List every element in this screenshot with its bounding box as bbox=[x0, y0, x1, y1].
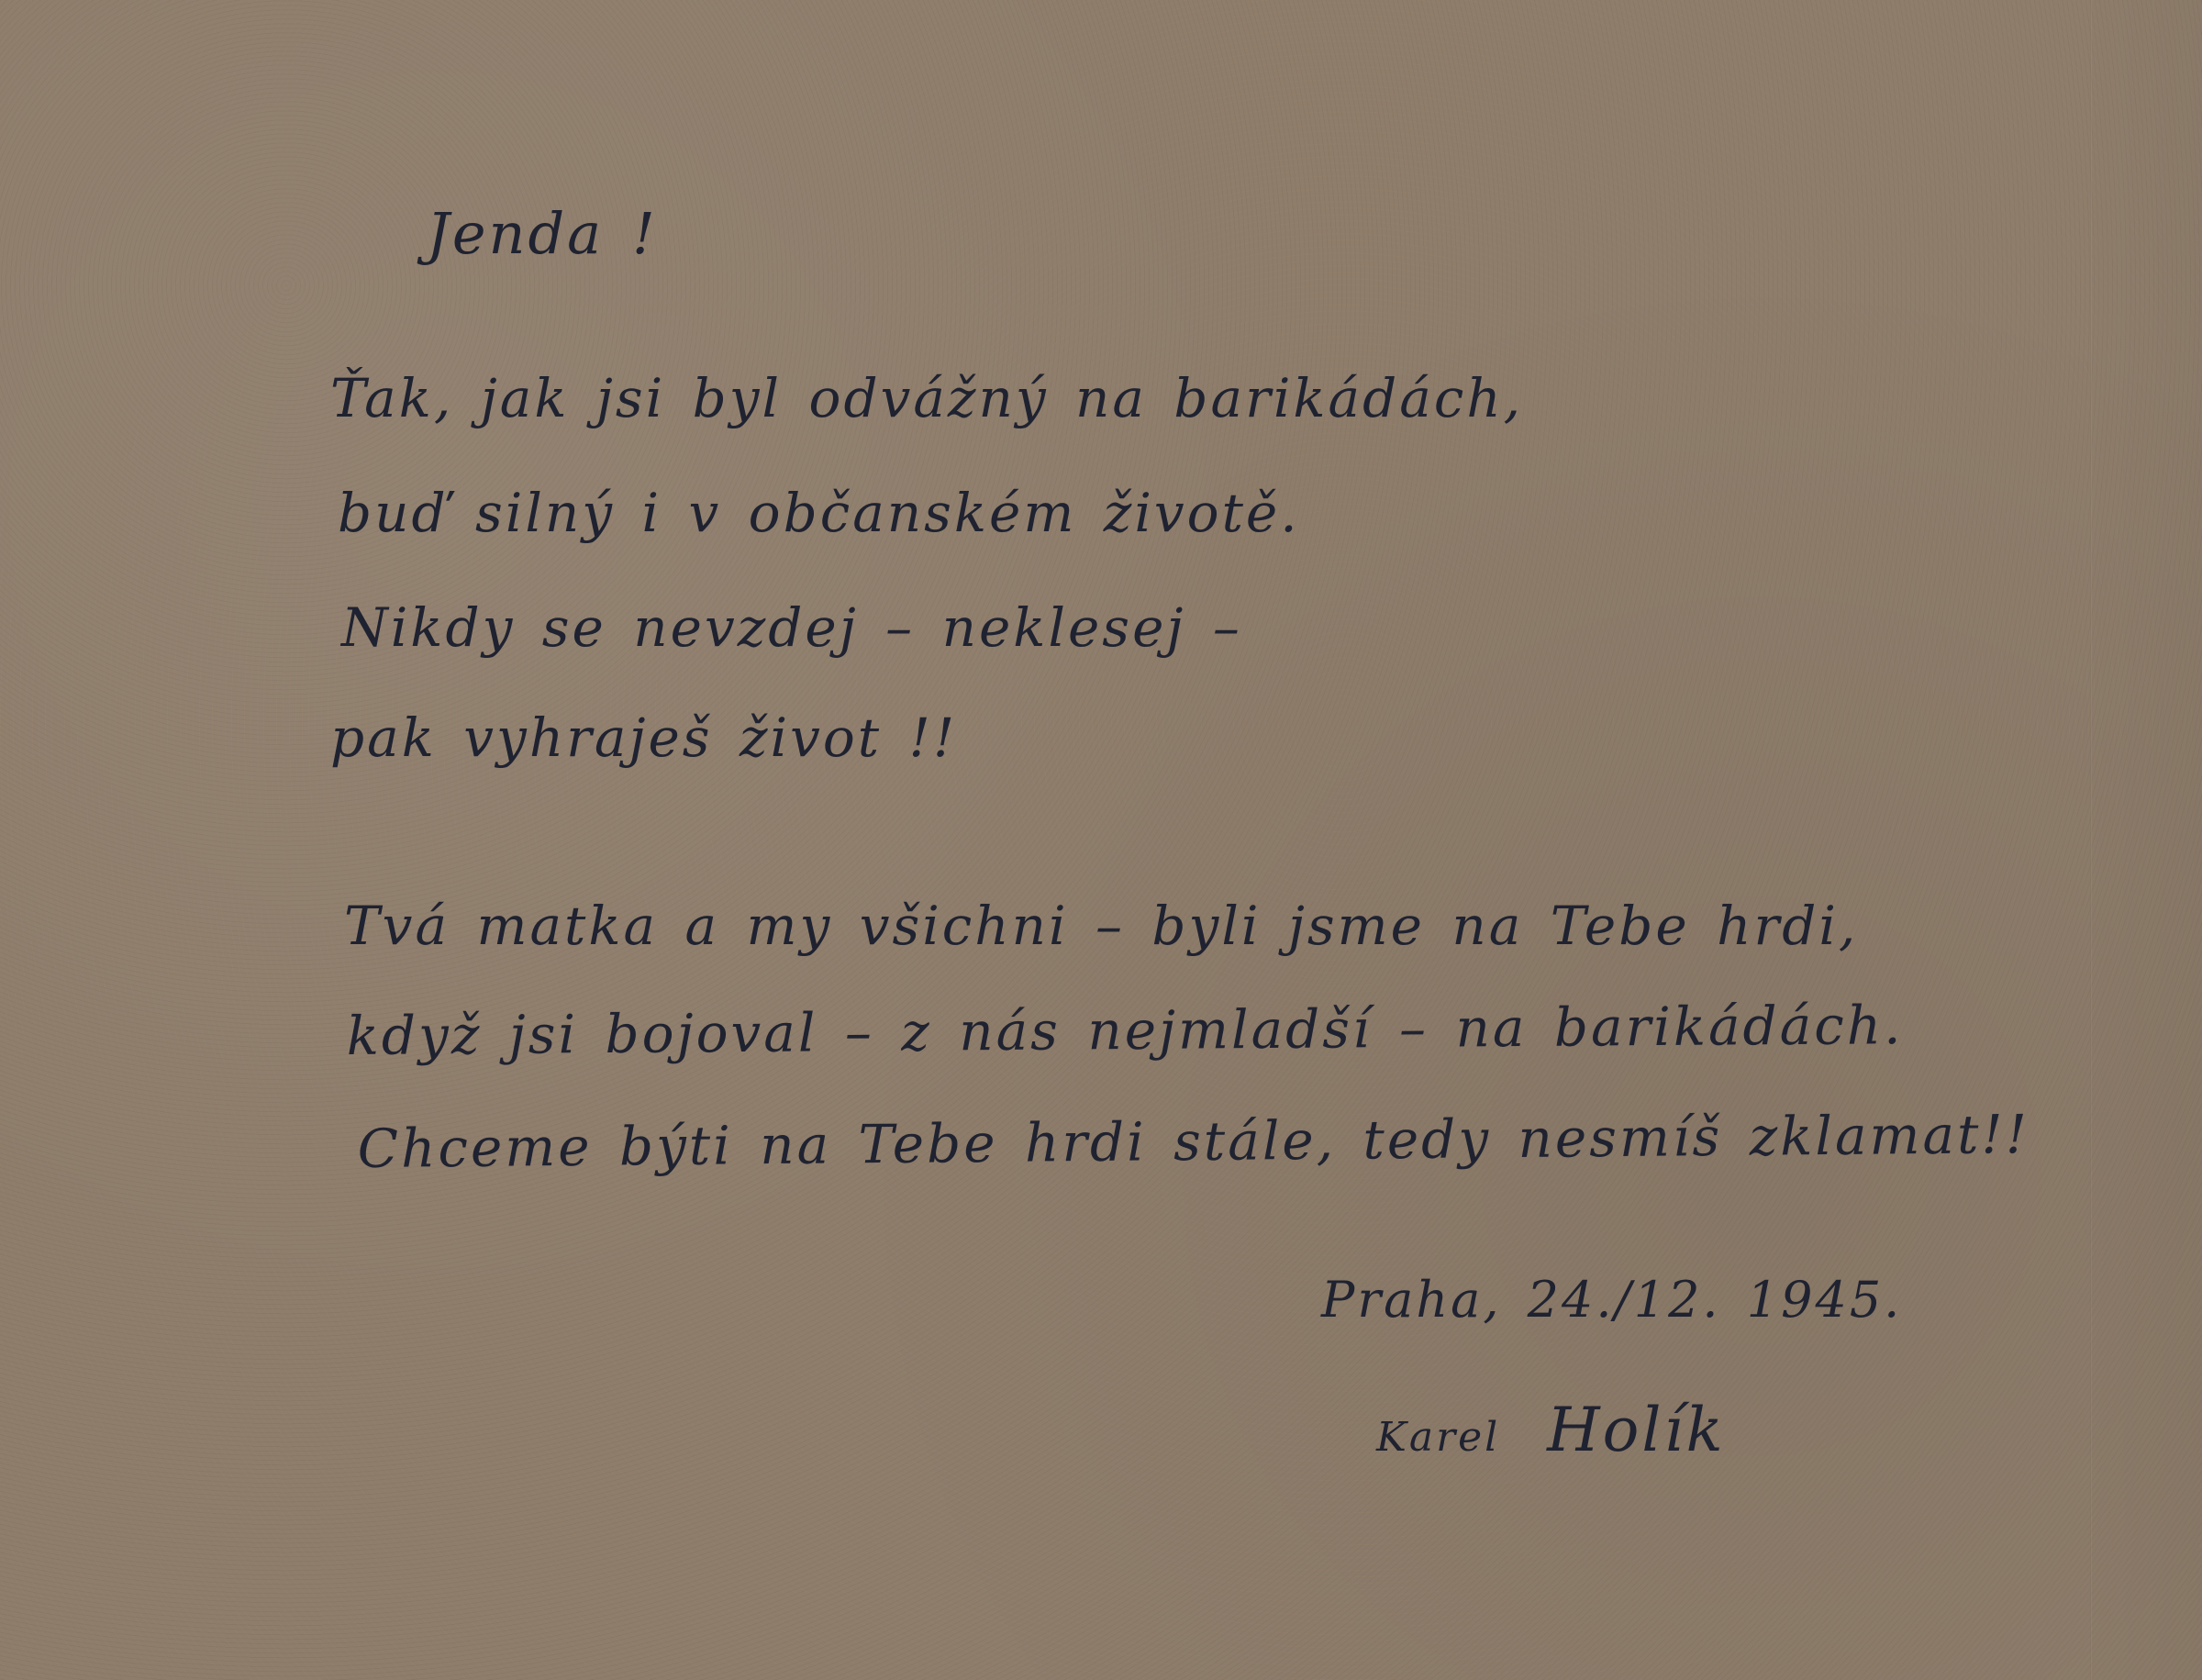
letter-line-2: buď silný i v občanském životě. bbox=[338, 482, 1300, 544]
signature-last-name: Holík bbox=[1547, 1395, 1726, 1465]
letter-line-5: Tvá matka a my všichni – byli jsme na Te… bbox=[344, 895, 1858, 957]
letter-line-1: Ťak, jak jsi byl odvážný na barikádách, bbox=[330, 367, 1523, 429]
letter-page: Jenda ! Ťak, jak jsi byl odvážný na bari… bbox=[0, 0, 2202, 1680]
signature-first-name: Karel bbox=[1376, 1414, 1500, 1461]
letter-line-3: Nikdy se nevzdej – neklesej – bbox=[341, 596, 1242, 659]
letter-line-7: Chceme býti na Tebe hrdi stále, tedy nes… bbox=[357, 1103, 2030, 1180]
letter-line-6: když jsi bojoval – z nás nejmladší – na … bbox=[347, 994, 1904, 1067]
salutation: Jenda ! bbox=[427, 200, 658, 267]
signature: Karel Holík bbox=[1376, 1395, 1726, 1465]
place-and-date: Praha, 24./12. 1945. bbox=[1321, 1271, 1902, 1329]
letter-line-4: pak vyhraješ život !! bbox=[330, 706, 957, 769]
paper-edge-shade bbox=[2074, 0, 2202, 1680]
